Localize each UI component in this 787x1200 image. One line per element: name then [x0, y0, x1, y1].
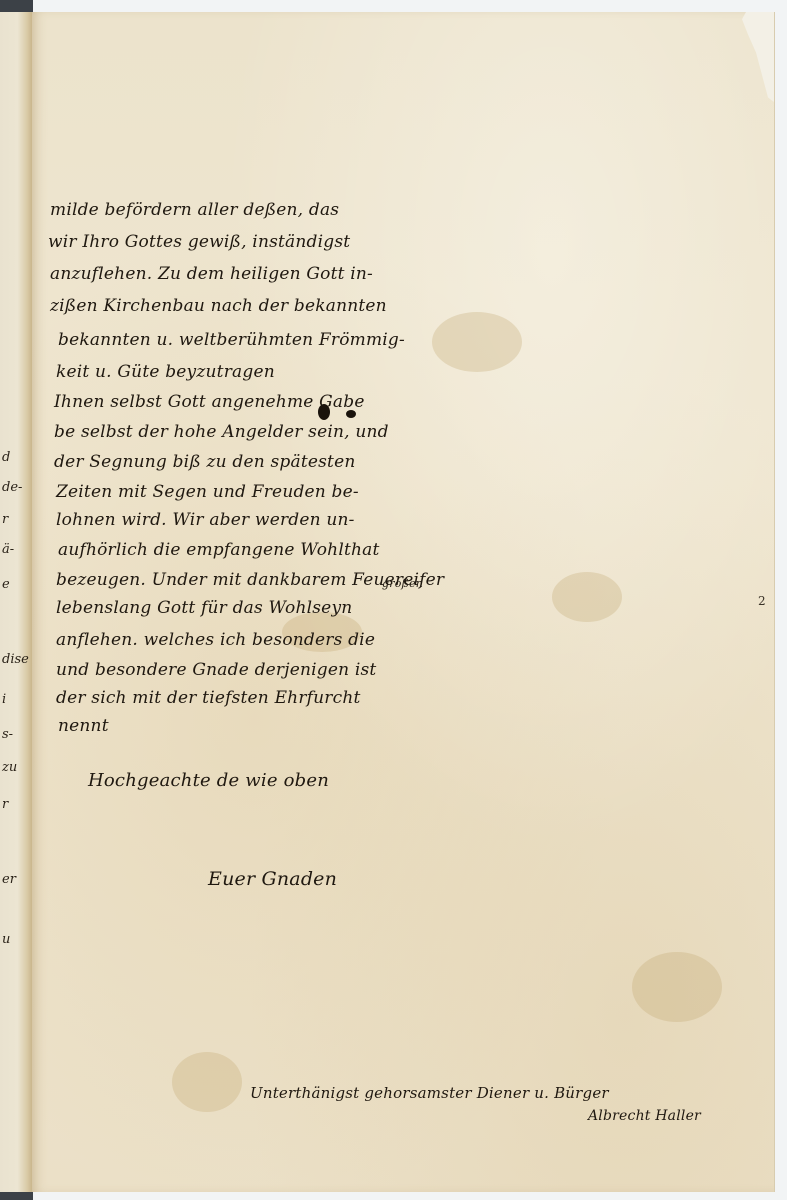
- prev-page-fragment: d: [2, 450, 10, 465]
- letter-line: und besondere Gnade derjenigen ist: [56, 660, 376, 680]
- letter-line: lohnen wird. Wir aber werden un-: [56, 510, 355, 530]
- closing-formula: Unterthänigst gehorsamster Diener u. Bür…: [250, 1084, 609, 1102]
- letter-line: nennt: [58, 716, 109, 736]
- ink-blot: [346, 410, 356, 418]
- letter-line: wir Ihro Gottes gewiß, inständigst: [48, 232, 350, 252]
- letter-line: Zeiten mit Segen und Freuden be-: [56, 482, 359, 502]
- letter-line: anzuflehen. Zu dem heiligen Gott in-: [50, 264, 373, 284]
- letter-line: aufhörlich die empfangene Wohlthat: [58, 540, 380, 560]
- prev-page-fragment: u: [2, 932, 10, 947]
- signature: Albrecht Haller: [588, 1108, 701, 1124]
- paper-stain: [172, 1052, 242, 1112]
- prev-page-fragment: dise: [2, 652, 29, 667]
- letter-line: bekannten u. weltberühmten Frömmig-: [58, 330, 405, 350]
- prev-page-fragment: r: [2, 512, 8, 527]
- letter-line: milde befördern aller deßen, das: [50, 200, 339, 220]
- closing-salutation: Hochgeachte de wie oben: [88, 770, 329, 791]
- letter-line: zißen Kirchenbau nach der bekannten: [50, 296, 387, 316]
- letter-page: milde befördern aller deßen, das wir Ihr…: [32, 12, 775, 1192]
- torn-corner: [734, 12, 774, 102]
- prev-page-fragment: r: [2, 797, 8, 812]
- prev-page-fragment: e: [2, 577, 10, 592]
- ink-blot: [318, 404, 330, 420]
- previous-page-edge: d de- r ä- e dise i s- zu r er u: [0, 12, 33, 1192]
- scan-viewport: d de- r ä- e dise i s- zu r er u milde b…: [0, 0, 787, 1200]
- letter-line: anflehen. welches ich besonders die: [56, 630, 375, 650]
- letter-line: der Segnung biß zu den spätesten: [54, 452, 355, 472]
- paper-stain: [632, 952, 722, 1022]
- prev-page-fragment: ä-: [2, 542, 14, 557]
- prev-page-fragment: s-: [2, 727, 13, 742]
- prev-page-fragment: zu: [2, 760, 17, 775]
- address-line: Euer Gnaden: [208, 868, 337, 890]
- prev-page-fragment: er: [2, 872, 16, 887]
- page-number: 2: [758, 594, 766, 608]
- letter-line: lebenslang Gott für das Wohlseyn: [56, 598, 352, 618]
- letter-line: be selbst der hohe Angelder sein, und: [54, 422, 389, 442]
- prev-page-fragment: de-: [2, 480, 22, 495]
- letter-line: der sich mit der tiefsten Ehrfurcht: [56, 688, 361, 708]
- paper-stain: [552, 572, 622, 622]
- prev-page-fragment: i: [2, 692, 6, 707]
- paper-stain: [432, 312, 522, 372]
- letter-line: keit u. Güte beyzutragen: [56, 362, 275, 382]
- interlinear-insertion: großen: [382, 577, 423, 590]
